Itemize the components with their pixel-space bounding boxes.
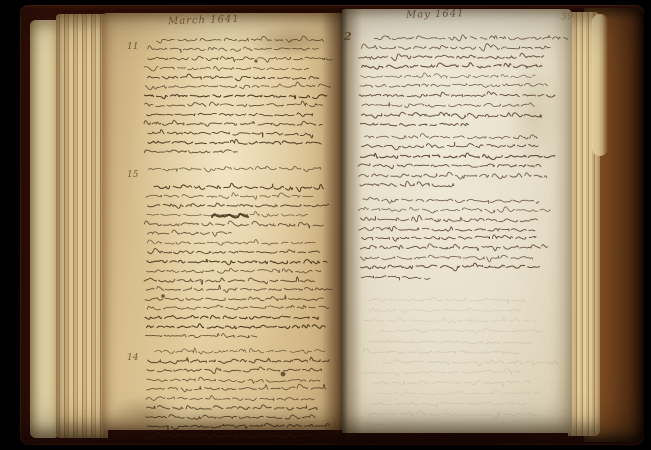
manuscript-photo: March 1641 May 1641 39 2 111514 (0, 0, 651, 450)
page-stain (250, 25, 330, 59)
right-page-header: May 1641 (406, 8, 465, 21)
page-stain (505, 55, 565, 175)
right-page-edge-highlight (592, 14, 608, 156)
folio-number: 39 (561, 12, 575, 23)
margin-mark: 14 (127, 353, 138, 363)
left-cover-lining-edge (30, 20, 58, 438)
left-page-stack-edges (56, 14, 108, 438)
page-stain (110, 395, 180, 435)
margin-mark: 11 (127, 42, 138, 52)
paragraph-lead-mark: 2 (344, 30, 353, 43)
left-page (102, 13, 344, 430)
gutter-shadow (322, 8, 362, 436)
margin-mark: 15 (127, 170, 138, 180)
